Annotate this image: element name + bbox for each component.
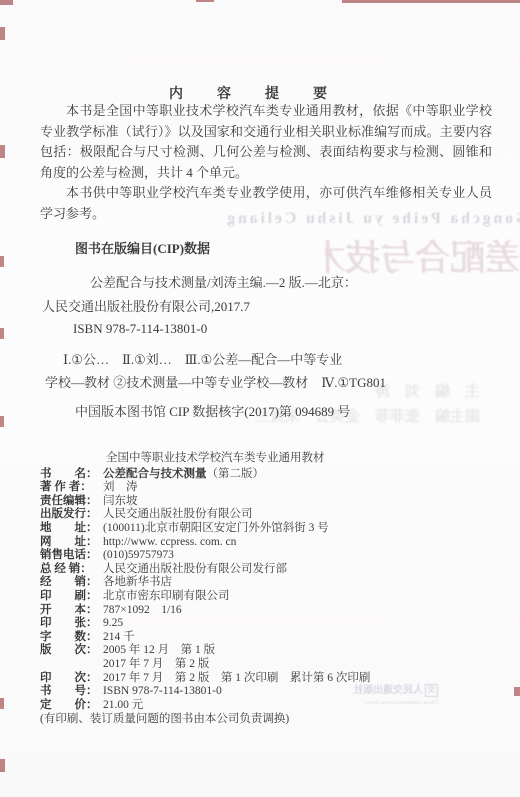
row-value: 北京市密东印刷有限公司 <box>103 590 230 602</box>
row-label: 责任编辑： <box>40 495 103 509</box>
publisher-logo-icon: 交 <box>425 684 438 697</box>
row-value: 人民交通出版社股份有限公司发行部 <box>103 563 287 575</box>
isbn-value: ISBN 978-7-114-13801-0 <box>103 685 222 697</box>
row-label: 地 址： <box>40 522 103 536</box>
row-label: 总 经 销： <box>40 563 103 577</box>
row-label: 印 刷： <box>40 590 103 604</box>
colophon-row-author: 著 作 者：刘 涛 <box>40 481 500 495</box>
price-value: 21.00 元 <box>103 699 143 711</box>
cip-classification-line-1: Ⅰ.①公… Ⅱ.①刘… Ⅲ.①公差—配合—中等专业 <box>63 349 442 368</box>
colophon-row-distributor: 经 销：各地新华书店 <box>40 576 500 590</box>
row-value: (100011)北京市朝阳区安定门外外馆斜街 3 号 <box>103 522 329 534</box>
cip-heading: 图书在版编目(CIP)数据 <box>75 238 442 257</box>
row-label: 出版发行： <box>40 508 103 522</box>
summary-paragraphs: 本书是全国中等职业技术学校汽车类专业通用教材，依据《中等职业学校专业教学标准（试… <box>40 101 492 224</box>
colophon-row-address: 地 址：(100011)北京市朝阳区安定门外外馆斜街 3 号 <box>40 522 500 536</box>
row-label: 网 址： <box>40 536 103 550</box>
book-title-value: 公差配合与技术测量 <box>103 468 207 480</box>
row-value: 2017 年 7 月 第 2 版 第 1 次印刷 累计第 6 次印刷 <box>103 672 370 684</box>
scan-edge-mark <box>514 687 520 696</box>
website-url: http://www. ccpress. com. cn <box>103 536 236 548</box>
colophon-row-sheets: 印 张：9.25 <box>40 617 500 631</box>
row-label: 经 销： <box>40 576 103 590</box>
row-label: 销售电话： <box>40 549 103 563</box>
book-edition-value: （第二版） <box>207 468 265 480</box>
scan-edge-mark <box>0 0 13 5</box>
scan-edge-mark <box>0 145 5 158</box>
colophon-row-website: 网 址：http://www. ccpress. com. cn <box>40 536 500 550</box>
row-label: 开 本： <box>40 604 103 618</box>
scan-edge-mark <box>0 256 4 267</box>
row-label: 书 名： <box>40 468 103 482</box>
cip-title-line: 公差配合与技术测量/刘涛主编.—2 版.—北京： <box>90 272 442 291</box>
colophon-row-publisher: 出版发行：人民交通出版社股份有限公司 <box>40 508 500 522</box>
colophon-row-word-count: 字 数：214 千 <box>40 631 500 645</box>
row-value: 9.25 <box>103 617 123 629</box>
showthrough-publisher-logo: 交人民交通出版社 China Communications Press <box>318 684 438 709</box>
row-label: 著 作 者： <box>40 481 103 495</box>
row-label: 版 次： <box>40 644 103 658</box>
series-title: 全国中等职业技术学校汽车类专业通用教材 <box>106 452 500 466</box>
scan-edge-mark <box>0 759 5 772</box>
row-value: 2005 年 12 月 第 1 版 <box>103 644 215 656</box>
showthrough-pinyin-title: Gongcha Peihe yu Jishu Celiang <box>118 210 520 228</box>
scan-edge-mark <box>0 698 4 709</box>
scan-edge-mark <box>196 0 214 2</box>
publisher-logo-text: 人民交通出版社 <box>353 685 423 696</box>
colophon-row-sales-phone: 销售电话：(010)59757973 <box>40 549 500 563</box>
row-label: 定 价： <box>40 699 103 713</box>
row-value: 闫东坡 <box>103 495 138 507</box>
row-value: 787×1092 1/16 <box>103 604 182 616</box>
publisher-logo-english: China Communications Press <box>318 698 438 709</box>
scan-edge-mark <box>0 328 4 339</box>
summary-heading: 内 容 提 要 <box>0 83 506 103</box>
colophon-row-general-distributor: 总 经 销：人民交通出版社股份有限公司发行部 <box>40 563 500 577</box>
quality-exchange-note: (有印刷、装订质量问题的图书由本公司负责调换) <box>40 713 500 727</box>
colophon-row-editor: 责任编辑：闫东坡 <box>40 495 500 509</box>
row-label: 印 张： <box>40 617 103 631</box>
row-label: 印 次： <box>40 672 103 686</box>
colophon-row-printer: 印 刷：北京市密东印刷有限公司 <box>40 590 500 604</box>
colophon-row-edition: 版 次：2005 年 12 月 第 1 版 <box>40 644 500 658</box>
scan-edge-mark <box>0 416 4 427</box>
scan-edge-mark <box>0 27 5 40</box>
row-value: 人民交通出版社股份有限公司 <box>103 508 253 520</box>
row-value: 2017 年 7 月 第 2 版 <box>103 658 209 670</box>
scan-edge-mark <box>342 0 520 3</box>
row-value: 刘 涛 <box>103 481 138 493</box>
row-label: 书 号： <box>40 685 103 699</box>
colophon-row-book-title: 书 名：公差配合与技术测量（第二版） <box>40 468 500 482</box>
colophon-row-edition-continued: 2017 年 7 月 第 2 版 <box>40 658 500 672</box>
colophon-row-format: 开 本：787×1092 1/16 <box>40 604 500 618</box>
cip-block: 图书在版编目(CIP)数据 公差配合与技术测量/刘涛主编.—2 版.—北京： 人… <box>42 238 442 420</box>
row-value: 各地新华书店 <box>103 576 172 588</box>
cip-isbn: ISBN 978-7-114-13801-0 <box>73 321 442 337</box>
cip-classification-line-2: 学校—教材 ②技术测量—中等专业学校—教材 Ⅳ.①TG801 <box>45 372 442 391</box>
cip-publisher-line: 人民交通出版社股份有限公司,2017.7 <box>42 296 442 315</box>
summary-paragraph-1: 本书是全国中等职业技术学校汽车类专业通用教材，依据《中等职业学校专业教学标准（试… <box>40 101 492 183</box>
row-value: 214 千 <box>103 631 135 643</box>
cip-record-number: 中国版本图书馆 CIP 数据核字(2017)第 094689 号 <box>75 401 442 420</box>
row-label: 字 数： <box>40 631 103 645</box>
row-value: (010)59757973 <box>103 549 174 561</box>
copyright-page: 内 容 提 要 本书是全国中等职业技术学校汽车类专业通用教材，依据《中等职业学校… <box>0 0 520 797</box>
